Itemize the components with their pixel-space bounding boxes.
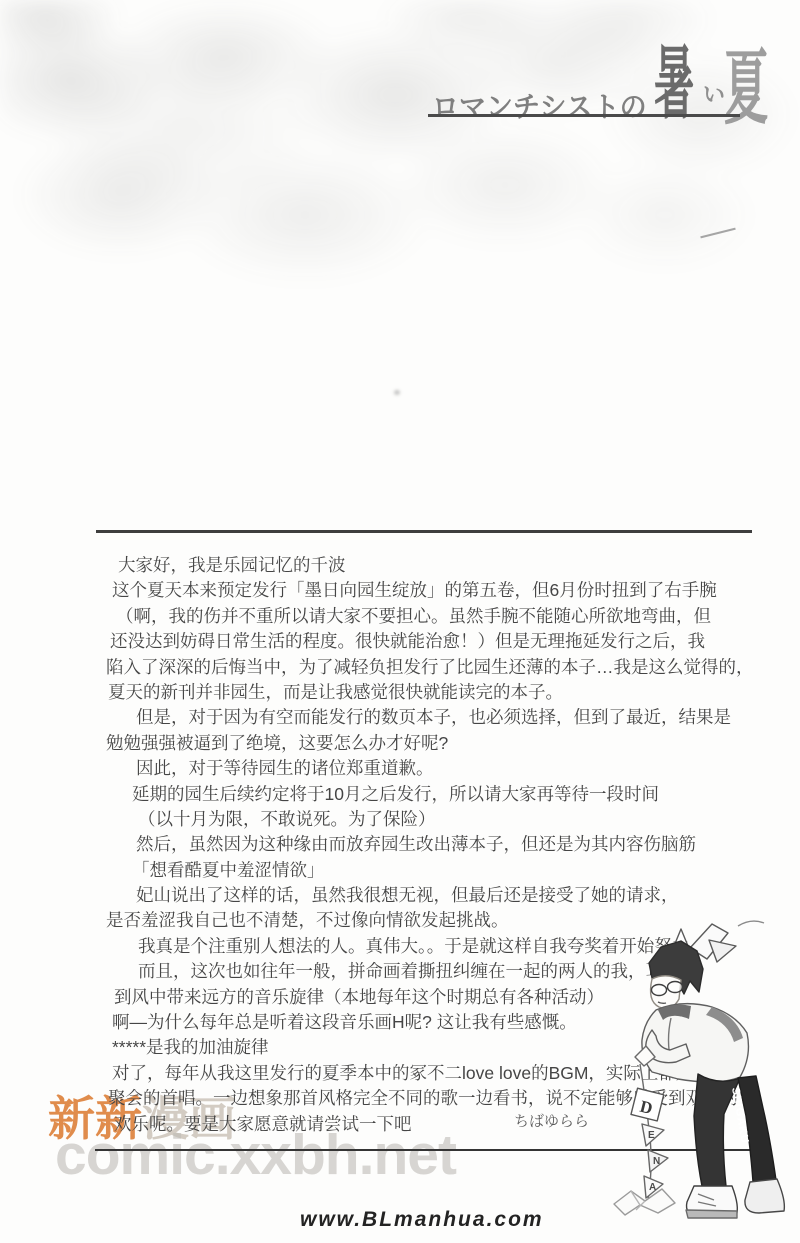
svg-text:A: A	[649, 1182, 656, 1193]
afterword-line: 还没达到妨碍日常生活的程度。很快就能治愈！）但是无理拖延发行之后，我	[106, 629, 761, 654]
pennant-flag: N	[648, 1150, 668, 1172]
svg-text:E: E	[648, 1130, 655, 1141]
svg-text:N: N	[653, 1156, 660, 1167]
series-title: ロマンチシストの	[432, 84, 647, 125]
flag-square: D	[631, 1088, 664, 1121]
afterword-line: 因此，对于等待园生的诸位郑重道歉。	[106, 756, 761, 781]
pennant-flag: E	[642, 1124, 664, 1146]
afterword-line: 「想看酷夏中羞涩情欲」	[106, 858, 761, 883]
scan-speck	[394, 390, 400, 395]
footer-url: www.BLmanhua.com	[300, 1208, 544, 1232]
afterword-line: 这个夏天本来预定发行「墨日向园生绽放」的第五卷，但6月份时扭到了右手腕	[106, 578, 761, 603]
sneaker-sole	[686, 1210, 737, 1218]
title-underline	[428, 114, 740, 117]
afterword-line: 但是，对于因为有空而能发行的数页本子，也必须选择，但到了最近，结果是	[106, 705, 761, 730]
party-streamer-icon	[709, 940, 736, 962]
afterword-line: 然后，虽然因为这种缘由而放弃园生改出薄本子，但还是为其内容伤脑筋	[106, 832, 761, 857]
scanned-afterword-page: ロマンチシストの 暑 い 夏 大家好，我是乐园记忆的千波 这个夏天本来预定发行「…	[0, 0, 800, 1243]
afterword-line: 延期的园生后续约定将于10月之后发行，所以请大家再等待一段时间	[106, 782, 761, 807]
title-char-summer: 夏	[724, 48, 768, 130]
afterword-line: （啊，我的伤并不重所以请大家不要担心。虽然手腕不能随心所欲地弯曲，但	[106, 604, 761, 629]
author-signature: ちばゆらら	[514, 1110, 589, 1131]
title-char-hot: 暑	[654, 44, 694, 124]
afterword-line: 妃山说出了这样的话，虽然我很想无视，但最后还是接受了她的请求，	[106, 883, 761, 908]
afterword-line: （以十月为限，不敢说死。为了保险）	[106, 807, 761, 832]
divider-line-top	[96, 530, 752, 533]
motion-line	[738, 921, 764, 926]
character-illustration: D E N A SEIGAKU	[586, 916, 800, 1243]
afterword-line: 夏天的新刊并非园生，而是让我感觉很快就能读完的本子。	[106, 680, 761, 705]
afterword-line: 陷入了深深的后悔当中，为了减轻负担发行了比园生还薄的本子…我是这么觉得的，	[106, 655, 761, 680]
afterword-line: 勉勉强强被逼到了绝境，这要怎么办才好呢?	[106, 731, 761, 756]
title-char-i: い	[703, 78, 725, 109]
afterword-line: 大家好，我是乐园记忆的千波	[106, 553, 761, 578]
sneaker-back	[745, 1179, 784, 1213]
